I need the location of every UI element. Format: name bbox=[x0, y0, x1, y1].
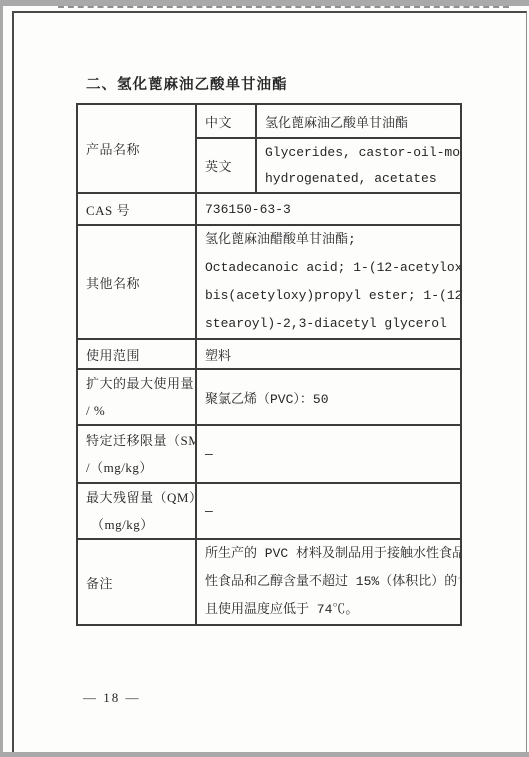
table-row: 扩大的最大使用量 / % 聚氯乙烯（PVC）：50 bbox=[77, 369, 461, 425]
substance-spec-table: 产品名称 中文 氢化蓖麻油乙酸单甘油酯 英文 Glycerides, casto… bbox=[76, 103, 462, 626]
remark-line: 性食品和乙醇含量不超过 15%（体积比）的食品， bbox=[205, 568, 460, 596]
specific-migration-limit-label: 特定迁移限量（SML） /（mg/kg） bbox=[77, 425, 196, 483]
table-row: CAS 号 736150-63-3 bbox=[77, 193, 461, 225]
page-number: — 18 — bbox=[83, 690, 141, 706]
paper-sheet: 二、氢化蓖麻油乙酸单甘油酯 产品名称 中文 氢化蓖麻油乙酸单甘油酯 英文 Gly… bbox=[3, 6, 529, 752]
table-row: 最大残留量（QM）/ （mg/kg） — bbox=[77, 483, 461, 539]
expanded-max-usage-label-line: 扩大的最大使用量 bbox=[86, 370, 195, 397]
expanded-max-usage-label: 扩大的最大使用量 / % bbox=[77, 369, 196, 425]
table-row: 其他名称 氢化蓖麻油醋酸单甘油酯; Octadecanoic acid; 1-(… bbox=[77, 225, 461, 339]
max-residue-value: — bbox=[196, 483, 461, 539]
other-names-line: bis(acetyloxy)propyl ester; 1-(12-acetox… bbox=[205, 282, 460, 310]
remark-label: 备注 bbox=[77, 539, 196, 625]
chinese-name-sublabel: 中文 bbox=[196, 104, 256, 138]
scan-artifact-line bbox=[58, 6, 509, 8]
usage-scope-label: 使用范围 bbox=[77, 339, 196, 369]
english-name-line: hydrogenated, acetates bbox=[265, 166, 460, 192]
table-row: 产品名称 中文 氢化蓖麻油乙酸单甘油酯 bbox=[77, 104, 461, 138]
max-residue-label: 最大残留量（QM）/ （mg/kg） bbox=[77, 483, 196, 539]
chinese-name-value: 氢化蓖麻油乙酸单甘油酯 bbox=[256, 104, 461, 138]
cas-value: 736150-63-3 bbox=[196, 193, 461, 225]
english-name-value: Glycerides, castor-oil-mono, hydrogenate… bbox=[256, 138, 461, 193]
other-names-line: Octadecanoic acid; 1-(12-acetyloxy)-,2,3… bbox=[205, 254, 460, 282]
cas-label: CAS 号 bbox=[77, 193, 196, 225]
remark-value: 所生产的 PVC 材料及制品用于接触水性食品、酸 性食品和乙醇含量不超过 15%… bbox=[196, 539, 461, 625]
table-row: 使用范围 塑料 bbox=[77, 339, 461, 369]
english-name-line: Glycerides, castor-oil-mono, bbox=[265, 140, 460, 166]
remark-line: 所生产的 PVC 材料及制品用于接触水性食品、酸 bbox=[205, 540, 460, 568]
specific-migration-limit-value: — bbox=[196, 425, 461, 483]
table-row: 备注 所生产的 PVC 材料及制品用于接触水性食品、酸 性食品和乙醇含量不超过 … bbox=[77, 539, 461, 625]
remark-line: 且使用温度应低于 74℃。 bbox=[205, 596, 460, 624]
expanded-max-usage-label-line: / % bbox=[86, 397, 195, 424]
english-name-sublabel: 英文 bbox=[196, 138, 256, 193]
max-residue-label-line: 最大残留量（QM）/ bbox=[86, 484, 195, 511]
other-names-line: stearoyl)-2,3-diacetyl glycerol bbox=[205, 310, 460, 338]
specific-migration-limit-label-line: 特定迁移限量（SML） bbox=[86, 427, 195, 454]
product-name-label: 产品名称 bbox=[77, 104, 196, 193]
other-names-line: 氢化蓖麻油醋酸单甘油酯; bbox=[205, 226, 460, 254]
section-title: 二、氢化蓖麻油乙酸单甘油酯 bbox=[86, 73, 288, 94]
scanned-page: 二、氢化蓖麻油乙酸单甘油酯 产品名称 中文 氢化蓖麻油乙酸单甘油酯 英文 Gly… bbox=[0, 0, 529, 757]
max-residue-label-line: （mg/kg） bbox=[86, 511, 195, 538]
table-row: 特定迁移限量（SML） /（mg/kg） — bbox=[77, 425, 461, 483]
expanded-max-usage-value: 聚氯乙烯（PVC）：50 bbox=[196, 369, 461, 425]
other-names-value: 氢化蓖麻油醋酸单甘油酯; Octadecanoic acid; 1-(12-ac… bbox=[196, 225, 461, 339]
usage-scope-value: 塑料 bbox=[196, 339, 461, 369]
other-names-label: 其他名称 bbox=[77, 225, 196, 339]
specific-migration-limit-label-line: /（mg/kg） bbox=[86, 454, 195, 481]
